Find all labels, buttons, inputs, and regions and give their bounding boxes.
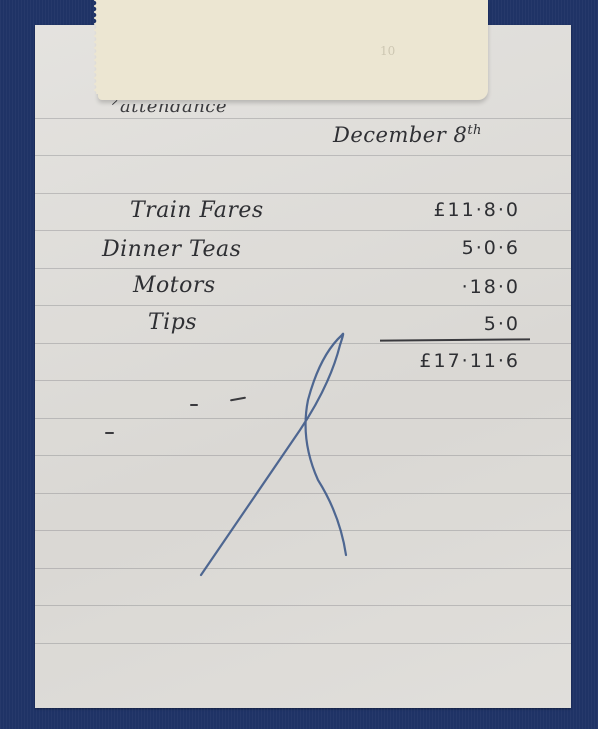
- blue-pencil-check-icon: [0, 0, 598, 729]
- stub-faint-mark: 10: [380, 44, 395, 58]
- attached-receipt-stub: 10: [98, 0, 488, 100]
